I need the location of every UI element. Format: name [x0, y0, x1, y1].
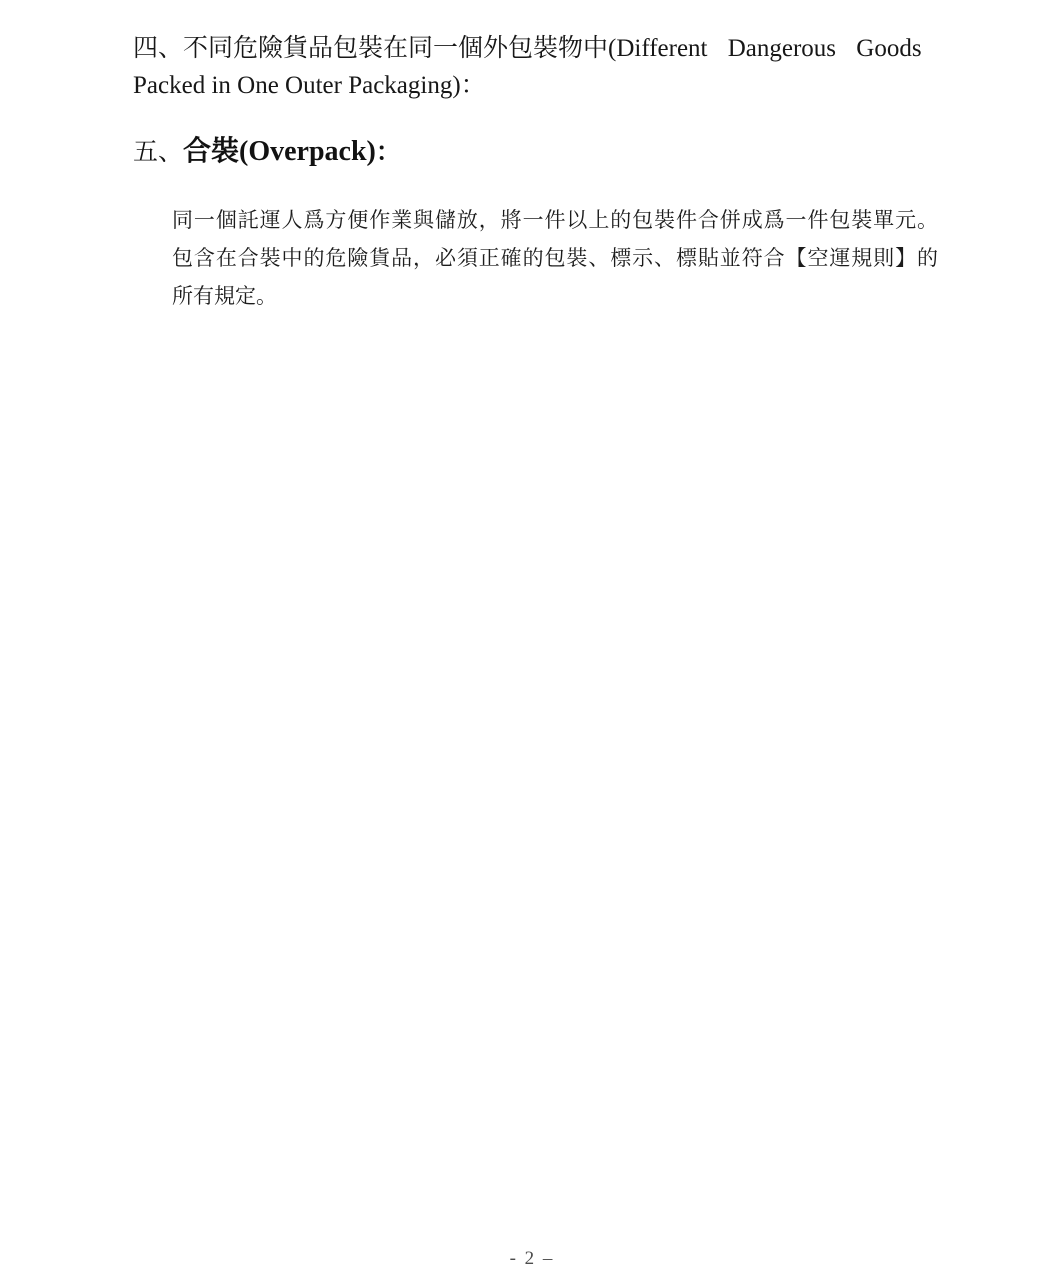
section-5-number: 五、	[133, 139, 183, 166]
section-5-title: 合裝(Overpack)	[183, 136, 376, 167]
section-4-title-line1: 四、不同危險貨品包裝在同一個外包裝物中(Different Dangerous …	[133, 30, 933, 67]
paragraph-line-2: 包含在合裝中的危險貨品，必須正確的包裝、標示、標貼並符合【空運規則】的	[172, 239, 938, 277]
paragraph-line-3: 所有規定。	[172, 277, 938, 315]
page-number: - 2 –	[0, 1248, 1064, 1270]
overpack-paragraph: 同一個託運人爲方便作業與儲放，將一件以上的包裝件合併成爲一件包裝單元。 包含在合…	[172, 201, 938, 315]
section-5-colon: ：	[376, 139, 401, 166]
paragraph-line-1: 同一個託運人爲方便作業與儲放，將一件以上的包裝件合併成爲一件包裝單元。	[172, 201, 938, 239]
section-heading-4: 四、不同危險貨品包裝在同一個外包裝物中(Different Dangerous …	[133, 30, 933, 104]
section-heading-5: 五、合裝(Overpack)：	[133, 135, 1064, 170]
document-page: 四、不同危險貨品包裝在同一個外包裝物中(Different Dangerous …	[0, 0, 1064, 1280]
section-4-title-line2: Packed in One Outer Packaging)：	[133, 67, 933, 104]
